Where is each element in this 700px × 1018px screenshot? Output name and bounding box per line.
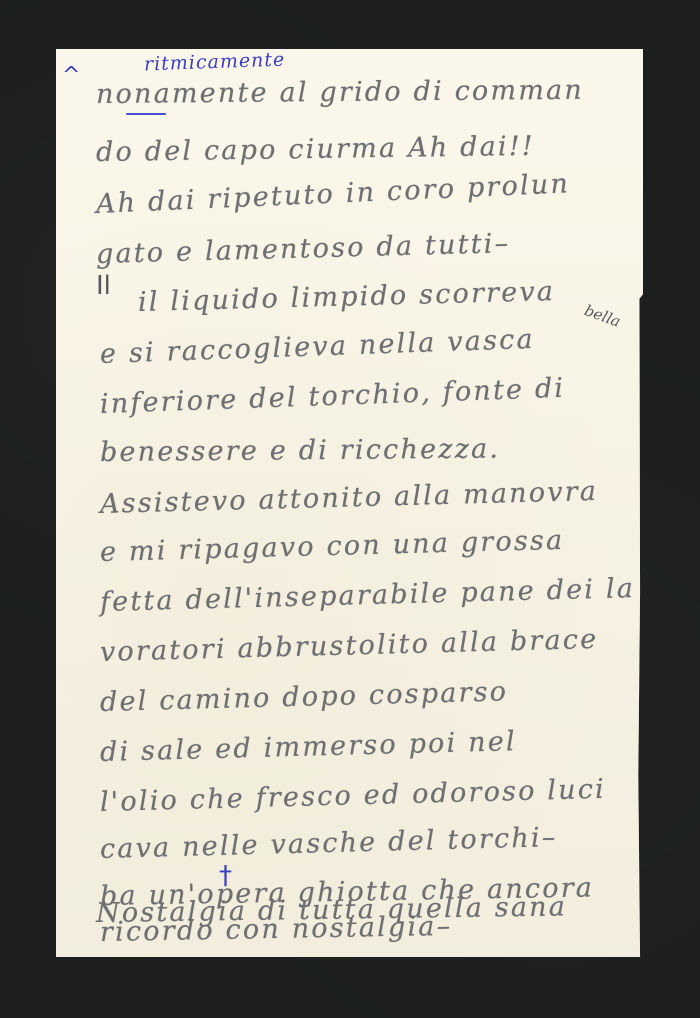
- text-line: e si raccoglieva nella vasca: [99, 324, 535, 370]
- text-line: il liquido limpido scorreva: [138, 276, 556, 318]
- text-line: inferiore del torchio, fonte di: [99, 373, 565, 420]
- text-line: nonamente al grido di comman: [96, 75, 584, 110]
- text-line: cava nelle vasche del torchi–: [100, 822, 558, 865]
- deletion-underline: [126, 113, 166, 115]
- struck-initial: Il: [96, 271, 111, 301]
- text-line: del camino dopo cosparso: [100, 676, 509, 718]
- text-line: Assistevo attonito alla manovra: [100, 476, 599, 520]
- text-line: di sale ed immerso poi nel: [100, 726, 518, 768]
- text-line: voratori abbrustolito alla brace: [100, 624, 599, 668]
- text-line: do del capo ciurma Ah dai!!: [96, 131, 535, 168]
- text-line: gato e lamentoso da tutti–: [96, 228, 511, 270]
- insertion-caret-icon: ^: [62, 63, 80, 88]
- text-line: benessere e di ricchezza.: [100, 434, 500, 468]
- text-line: l'olio che fresco ed odoroso luci: [100, 774, 607, 818]
- text-line: Ah dai ripetuto in coro prolun: [95, 168, 570, 220]
- margin-addition: bella: [582, 301, 623, 331]
- manuscript-page: ^ ritmicamente nonamente al grido di com…: [56, 49, 643, 957]
- text-line: e mi ripagavo con una grossa: [100, 525, 565, 568]
- interlinear-correction: ritmicamente: [144, 49, 286, 76]
- correction-mark-icon: †: [219, 861, 232, 891]
- text-line: fetta dell'inseparabile pane dei la: [100, 573, 636, 618]
- text-line-last: Nostalgia di tutta quella sana: [96, 891, 567, 929]
